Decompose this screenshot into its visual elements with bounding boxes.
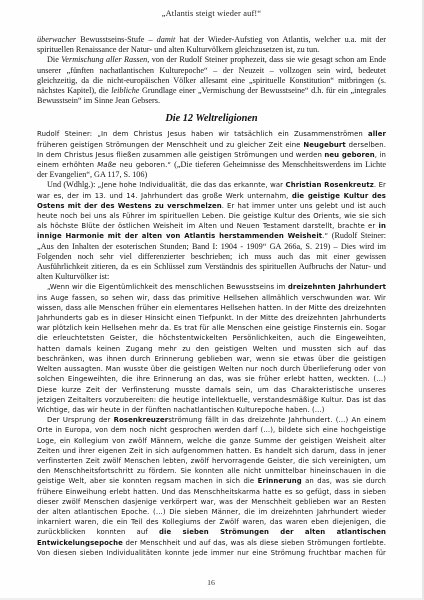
text-run: früheren geistigen Strömungen der Mensch… (37, 141, 303, 149)
document-body: überwacher Bewusstseins-Stufe – damit ha… (37, 35, 386, 557)
text-run: neu geboren.“ (116, 161, 174, 169)
text-run: Neugeburt (303, 141, 345, 149)
paragraph: Rudolf Steiner: „In dem Christus Jesus h… (37, 129, 386, 180)
paragraph: „Wenn wir die Eigentümlichkeit des mensc… (37, 282, 386, 415)
text-run: Christian Rosenkreutz (286, 181, 374, 189)
text-run: Und (Wdhlg.): (47, 180, 98, 189)
running-header: „Atlantis steigt wieder auf!“ (37, 9, 386, 18)
text-run: strömung fällt in das dreizehnte Jahrhun… (37, 416, 386, 485)
text-run: aller (368, 130, 386, 138)
text-run: ins Auge fassen, so sehen wir, dass das … (37, 294, 386, 414)
document-page: „Atlantis steigt wieder auf!“ überwacher… (0, 0, 424, 600)
text-run: Erinnerung (258, 477, 302, 485)
text-run: „Jene hohe Individualität, die das das e… (98, 181, 286, 189)
text-run: Bewusstseins-Stufe – (76, 35, 157, 44)
text-run: Der Ursprung der (47, 416, 114, 424)
page-number: 16 (0, 576, 422, 587)
paragraph: Und (Wdhlg.): „Jene hohe Individualität,… (37, 180, 386, 282)
text-run: neu geboren (324, 151, 374, 159)
paragraph: Der Ursprung der Rosenkreuzerströmung fä… (37, 415, 386, 557)
text-run: leibliche (111, 86, 139, 95)
text-run: „Wenn wir die Eigentümlichkeit des mensc… (47, 283, 288, 291)
text-run: dreizehnten Jahrhundert (288, 283, 386, 291)
paragraph: überwacher Bewusstseins-Stufe – damit ha… (37, 35, 386, 55)
section-heading: Die 12 Weltreligionen (37, 113, 386, 124)
text-run: .“ (322, 232, 332, 240)
paragraph: Die Vermischung aller Rassen, von der Ru… (37, 55, 386, 106)
text-run: Vermischung aller Rassen (61, 55, 147, 64)
text-run: damit (157, 35, 176, 44)
text-run: Die (47, 55, 61, 64)
text-run: Rudolf Steiner: „In dem Christus Jesus h… (37, 130, 368, 138)
text-run: Rosenkreuzer (114, 416, 169, 424)
text-run: Maße (97, 161, 116, 169)
text-run: überwacher (37, 35, 76, 44)
